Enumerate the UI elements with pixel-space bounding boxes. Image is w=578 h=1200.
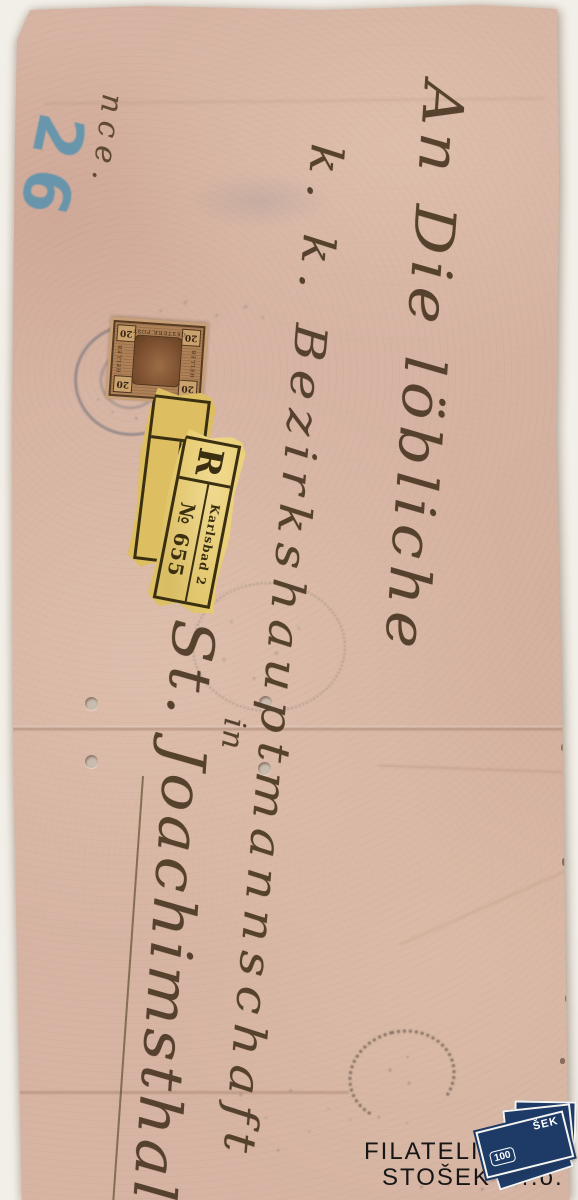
edge-wear-speck	[560, 1058, 565, 1064]
edge-wear-speck	[564, 800, 568, 806]
envelope-paper: 20 20 20 20 OESTERR.POST HELLER HELLER K…	[0, 0, 578, 1200]
philatelic-cover-photo: 20 20 20 20 OESTERR.POST HELLER HELLER K…	[0, 0, 578, 1200]
banknote-value-badge: 100	[489, 1147, 517, 1168]
scan-background: 20 20 20 20 OESTERR.POST HELLER HELLER K…	[0, 0, 578, 1200]
stamp-frame: 20 20 20 20 OESTERR.POST HELLER HELLER	[108, 320, 205, 402]
stamp-vignette	[131, 334, 182, 387]
stamp-value-corner: 20	[113, 375, 133, 393]
edge-wear-speck	[565, 995, 569, 1002]
edge-wear-speck	[561, 744, 566, 751]
ink-offset-smudge	[222, 1072, 347, 1164]
ink-offset-smudge	[336, 1106, 431, 1134]
banknote-sek-label: ŠEK	[532, 1115, 560, 1133]
punch-hole	[85, 697, 98, 710]
stamp-currency-text: HELLER	[190, 349, 198, 377]
edge-wear-speck	[562, 858, 567, 866]
stamp-currency-text: HELLER	[116, 344, 124, 372]
punch-hole	[85, 755, 98, 768]
